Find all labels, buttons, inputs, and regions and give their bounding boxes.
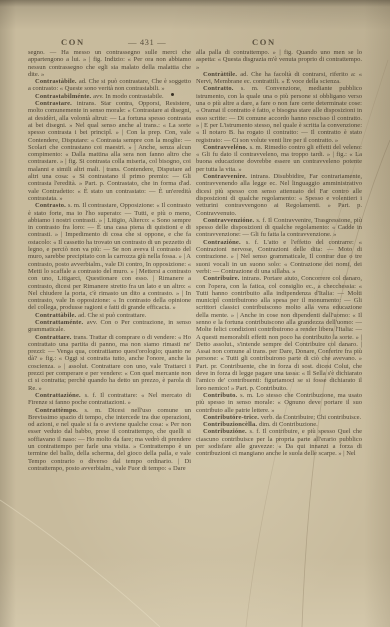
dictionary-entry: Contratto. s. m. Convenzione, mediante p… <box>196 85 362 143</box>
dictionary-entry: alla palla di contrattempo. » | fig. Qua… <box>196 49 362 71</box>
page-number: — 431 — <box>128 37 166 47</box>
dictionary-entry: Contravvenzióne. s. f. Il Contravvenire,… <box>196 217 362 239</box>
scanned-dictionary-page: CON — 431 — CON segno. — Ha messo un con… <box>0 0 390 627</box>
dictionary-entry: Contribuzióne. s. f. Il contribuire, e p… <box>196 428 362 457</box>
running-head-left: CON <box>61 37 85 47</box>
dictionary-entry: Contràttile. ad. Che ha facoltà di contr… <box>196 71 362 86</box>
dictionary-entry: Contrattèmpo. s. m. Dicesi nell'uso comu… <box>28 407 191 473</box>
entry-headword: Contrastare. <box>35 100 77 107</box>
running-head-right: CON <box>252 37 276 47</box>
entry-headword: Contributo. <box>203 392 240 399</box>
entry-headword: Contribuire. <box>203 275 242 282</box>
entry-headword: Contrattare. <box>35 334 73 341</box>
entry-headword: Contributóre-trice. <box>203 414 261 421</box>
entry-headword: Contrastàbile. <box>35 78 79 85</box>
dictionary-entry: Contribuzioncèlla. dim. di Contribuzione… <box>196 421 362 428</box>
entry-headword: Contrattèmpo. <box>35 407 85 414</box>
dictionary-entry: Contributóre-trice. verb. da Contribuire… <box>196 414 362 421</box>
entry-headword: Contravvenire. <box>203 173 251 180</box>
ink-spot <box>171 93 174 96</box>
dictionary-entry: Contrattaménte. avv. Con o Per contrazio… <box>28 319 191 334</box>
entry-headword: Contravveléno. <box>203 144 250 151</box>
entry-headword: Contratto. <box>203 85 241 92</box>
entry-headword: Contrattàbile. <box>35 312 78 319</box>
dictionary-entry: Contributo. s. m. Lo stesso che Contribu… <box>196 392 362 414</box>
entry-headword: Contrattaménte. <box>35 319 87 326</box>
entry-headword: Contrazióne. <box>203 239 246 246</box>
entry-headword: Contrastabilménte. <box>35 93 93 100</box>
dictionary-entry: Contrazióne. s. f. L'atto e l'effetto de… <box>196 239 362 275</box>
dictionary-entry: Contrastare. intrans. Star contra, Oppor… <box>28 100 191 202</box>
entry-headword: Contribuzióne. <box>203 428 250 435</box>
dictionary-entry: Contravvenire. intrans. Disubbidire, Far… <box>196 173 362 217</box>
column-left: segno. — Ha messo un contrassegno sulle … <box>28 49 191 563</box>
entry-headword: Contravvenzióne. <box>203 217 256 224</box>
column-right: alla palla di contrattempo. » | fig. Qua… <box>196 49 362 553</box>
dictionary-entry: Contrattazióne. s. f. Il contrattare: « … <box>28 392 191 407</box>
dictionary-entry: segno. — Ha messo un contrassegno sulle … <box>28 49 191 78</box>
dictionary-entry: Contrasto. s. m. Il contrastare, Opposiz… <box>28 202 191 311</box>
entry-headword: Contribuzioncèlla. <box>203 421 259 428</box>
dictionary-entry: Contrastàbile. ad. Che si può contrastar… <box>28 78 191 93</box>
entry-headword: Contrattazióne. <box>35 392 85 399</box>
entry-headword: Contrasto. <box>35 202 68 209</box>
dictionary-entry: Contrastabilménte. avv. In modo contrast… <box>28 93 191 100</box>
dictionary-entry: Contribuire. intrans. Portare aiuto, Con… <box>196 275 362 392</box>
dictionary-entry: Contrattàbile. ad. Che si può contrattar… <box>28 312 191 319</box>
dictionary-entry: Contravveléno. s. m. Rimedio contro gli … <box>196 144 362 173</box>
entry-headword: Contràttile. <box>203 71 240 78</box>
dictionary-entry: Contrattare. trans. Trattar di comprare … <box>28 334 191 392</box>
